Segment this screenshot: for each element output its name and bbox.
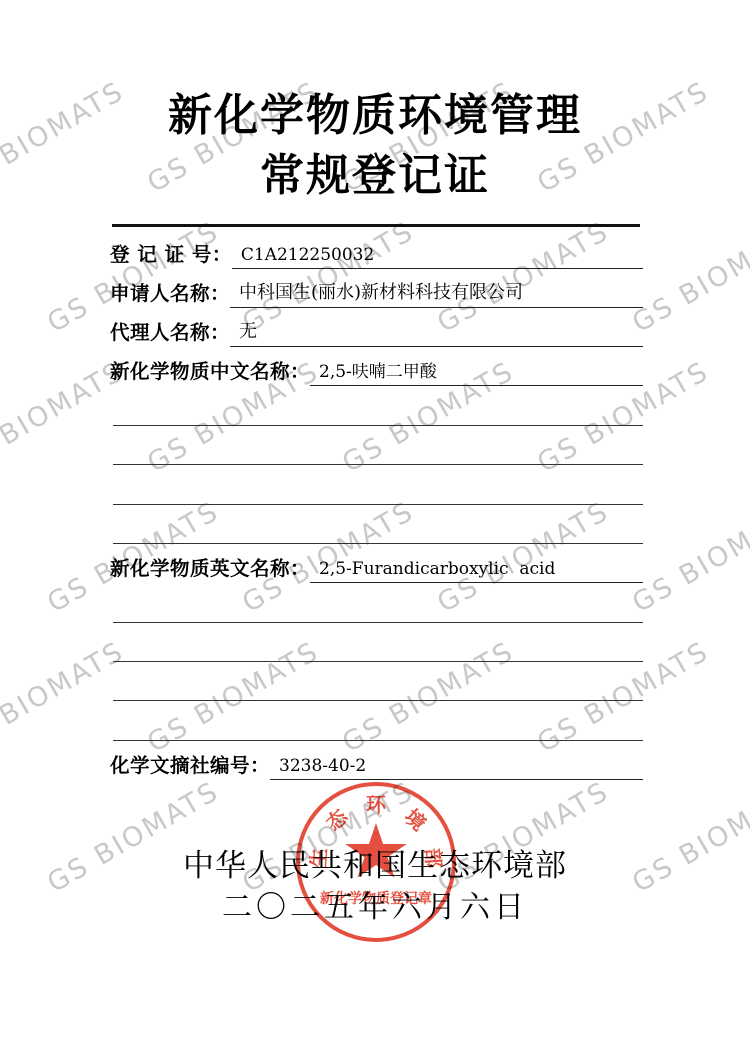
field-english-name: 新化学物质英文名称： 2,5-Furandicarboxylic acid xyxy=(110,550,643,583)
english-name-label: 新化学物质英文名称： xyxy=(110,553,310,583)
certificate-title-line2: 常规登记证 xyxy=(0,146,750,206)
registration-number-value: C1A212250032 xyxy=(241,245,374,265)
issue-date: 二〇二五年六月六日 xyxy=(0,882,750,926)
applicant-name-label: 申请人名称： xyxy=(110,278,230,308)
certificate-page: GS BIOMATSGS BIOMATSGS BIOMATSGS BIOMATS… xyxy=(0,0,750,1061)
field-chinese-name: 新化学物质中文名称： 2,5-呋喃二甲酸 xyxy=(110,353,643,386)
certificate-title: 新化学物质环境管理 常规登记证 xyxy=(0,86,750,206)
applicant-name-underline: 中科国生(丽水)新材料科技有限公司 xyxy=(230,278,643,308)
certificate-content: 新化学物质环境管理 常规登记证 登 记 证 号： C1A212250032 申请… xyxy=(0,0,750,1061)
registration-number-underline: C1A212250032 xyxy=(232,245,643,269)
cas-number-value: 3238-40-2 xyxy=(279,756,366,776)
agent-name-value: 无 xyxy=(239,321,257,342)
field-registration-number: 登 记 证 号： C1A212250032 xyxy=(110,236,643,269)
chinese-name-underline: 2,5-呋喃二甲酸 xyxy=(310,357,643,386)
field-applicant-name: 申请人名称： 中科国生(丽水)新材料科技有限公司 xyxy=(110,275,643,308)
issuing-authority: 中华人民共和国生态环境部 xyxy=(0,840,750,885)
blank-writing-line xyxy=(113,661,643,662)
blank-writing-line xyxy=(113,543,643,544)
title-divider-rule xyxy=(112,224,640,227)
chinese-name-label: 新化学物质中文名称： xyxy=(110,356,310,386)
english-name-underline: 2,5-Furandicarboxylic acid xyxy=(310,559,643,583)
applicant-name-value: 中科国生(丽水)新材料科技有限公司 xyxy=(239,282,523,303)
english-name-value: 2,5-Furandicarboxylic acid xyxy=(319,559,555,579)
agent-name-underline: 无 xyxy=(230,317,643,347)
registration-number-label: 登 记 证 号： xyxy=(110,239,232,269)
certificate-title-line1: 新化学物质环境管理 xyxy=(0,86,750,146)
agent-name-label: 代理人名称： xyxy=(110,317,230,347)
field-cas-number: 化学文摘社编号： 3238-40-2 xyxy=(110,747,643,780)
blank-writing-line xyxy=(113,504,643,505)
blank-writing-line xyxy=(113,622,643,623)
field-agent-name: 代理人名称： 无 xyxy=(110,314,643,347)
cas-number-underline: 3238-40-2 xyxy=(270,756,643,780)
chinese-name-value: 2,5-呋喃二甲酸 xyxy=(319,362,437,382)
blank-writing-line xyxy=(113,464,643,465)
blank-writing-line xyxy=(113,740,643,741)
blank-writing-line xyxy=(113,700,643,701)
cas-number-label: 化学文摘社编号： xyxy=(110,750,270,780)
blank-writing-line xyxy=(113,425,643,426)
